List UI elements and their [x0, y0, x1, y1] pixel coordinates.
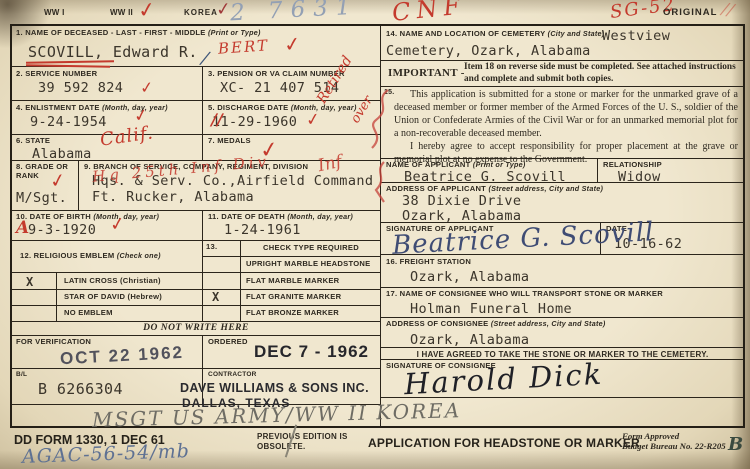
emblem-latin-cross-label: LATIN CROSS (Christian): [64, 277, 161, 286]
check-type-number: 13.: [206, 243, 217, 252]
war-label-ww2: WW II: [110, 8, 133, 17]
red-squiggle-icon: [364, 84, 398, 214]
red-check-icon: ✓: [109, 213, 127, 236]
contractor-name-stamp: DAVE WILLIAMS & SONS INC.: [180, 381, 369, 395]
date-of-death-label: 11. DATE OF DEATH (Month, day, year): [208, 213, 353, 222]
type-flat-marble-label: FLAT MARBLE MARKER: [246, 277, 339, 286]
red-check-icon: ✓: [305, 109, 322, 131]
date-of-death-value: 1-24-1961: [224, 222, 301, 238]
service-number-label: 2. SERVICE NUMBER: [16, 70, 97, 79]
cemetery-value-line2: Cemetery, Ozark, Alabama: [386, 43, 591, 59]
previous-edition-note: PREVIOUS EDITION IS OBSOLETE.: [257, 432, 365, 451]
important-label: IMPORTANT -: [388, 67, 465, 79]
state-value: Alabama: [32, 146, 92, 162]
verification-date-stamp: OCT 22 1962: [60, 343, 185, 369]
cemetery-value-inline: Westview: [602, 28, 670, 44]
consignee-name-value: Holman Funeral Home: [410, 301, 572, 317]
pencil-note-top: 2 7631: [229, 0, 359, 26]
discharge-date-label: 5. DISCHARGE DATE (Month, day, year): [208, 104, 357, 113]
agreement-statement: I HAVE AGREED TO TAKE THE STONE OR MARKE…: [382, 350, 743, 359]
deceased-name-label: 1. NAME OF DECEASED - LAST - FIRST - MID…: [16, 29, 261, 38]
ordered-date-stamp: DEC 7 - 1962: [254, 342, 369, 362]
pension-claim-label: 3. PENSION OR VA CLAIM NUMBER: [208, 70, 345, 79]
check-type-title: CHECK TYPE REQUIRED: [244, 244, 378, 253]
enlistment-date-value: 9-24-1954: [30, 114, 107, 130]
discharge-date-value: 11-29-1960: [212, 114, 297, 130]
service-number-value: 39 592 824: [38, 80, 123, 96]
applicant-address-line2: Ozark, Alabama: [402, 208, 521, 224]
red-underline: [26, 64, 110, 67]
date-of-birth-label: 10. DATE OF BIRTH (Month, day, year): [16, 213, 159, 222]
form-approved-line2: Budget Bureau No. 22-R205: [622, 441, 726, 451]
type-flat-bronze-label: FLAT BRONZE MARKER: [246, 309, 339, 318]
war-label-korea: KOREA: [184, 8, 218, 17]
for-verification-label: FOR VERIFICATION: [16, 338, 91, 347]
bl-label: B/L: [16, 371, 27, 378]
red-check-icon: ✓: [136, 0, 157, 23]
date-of-birth-value: 9-3-1920: [28, 222, 96, 238]
red-check-icon: ✓: [139, 77, 154, 97]
bl-value: B 6266304: [38, 380, 123, 398]
form-grid: 1. NAME OF DECEASED - LAST - FIRST - MID…: [10, 24, 745, 428]
emblem-none-label: NO EMBLEM: [64, 309, 113, 318]
type-upright-marble-label: UPRIGHT MARBLE HEADSTONE: [246, 260, 370, 269]
war-label-ww1: WW I: [44, 8, 65, 17]
red-slash-icon: ∕∕: [211, 110, 223, 129]
cemetery-label: 14. NAME AND LOCATION OF CEMETERY (City …: [386, 30, 604, 39]
consignee-name-label: 17. NAME OF CONSIGNEE WHO WILL TRANSPORT…: [386, 290, 663, 299]
red-note-cnf: CNF: [391, 0, 468, 27]
red-corner-mark-icon: ∕∕: [720, 0, 735, 21]
contractor-label: CONTRACTOR: [208, 371, 257, 378]
pencil-note-agac: AGAC-56-54/mb: [22, 440, 191, 468]
red-note-calif: Calif.: [99, 122, 155, 150]
scanned-form-dd1330: WW I WW II ✓ KOREA ✓ 2 7631 CNF SG-52 OR…: [0, 0, 750, 469]
applicant-address-line1: 38 Dixie Drive: [402, 193, 521, 209]
applicant-name-value: Beatrice G. Scovill: [404, 169, 566, 185]
religious-emblem-label: 12. RELIGIOUS EMBLEM (Check one): [20, 252, 161, 261]
freight-station-value: Ozark, Alabama: [410, 269, 529, 285]
important-text: Item 18 on reverse side must be complete…: [464, 62, 738, 85]
branch-line2: Ft. Rucker, Alabama: [92, 189, 254, 205]
relationship-value: Widow: [618, 169, 661, 185]
consignee-address-label: ADDRESS OF CONSIGNEE (Street address, Ci…: [386, 320, 606, 329]
handwritten-b-note: B: [728, 434, 743, 455]
do-not-write-banner: DO NOT WRITE HERE: [12, 323, 380, 333]
red-note-bert: BERT: [217, 36, 269, 58]
ordered-label: ORDERED: [208, 338, 248, 347]
form-approved-line1: Form Approved: [622, 431, 679, 441]
original-label: ORIGINAL: [663, 8, 717, 19]
red-check-icon: ✓: [282, 31, 302, 57]
red-underline: [26, 60, 114, 64]
red-mark-a: A: [16, 218, 29, 238]
medals-label: 7. MEDALS: [208, 137, 251, 146]
type-flat-granite-checkbox: X: [212, 290, 220, 304]
form-title: APPLICATION FOR HEADSTONE OR MARKER: [368, 436, 640, 450]
box15-paragraph1: This application is submitted for a ston…: [394, 88, 738, 140]
consignee-address-value: Ozark, Alabama: [410, 332, 529, 348]
red-squiggle-icon: [0, 86, 28, 206]
emblem-latin-cross-checkbox: X: [26, 275, 34, 289]
type-flat-granite-label: FLAT GRANITE MARKER: [246, 293, 341, 302]
emblem-star-david-label: STAR OF DAVID (Hebrew): [64, 293, 162, 302]
deceased-name-value: SCOVILL, Edward R.: [28, 43, 198, 61]
